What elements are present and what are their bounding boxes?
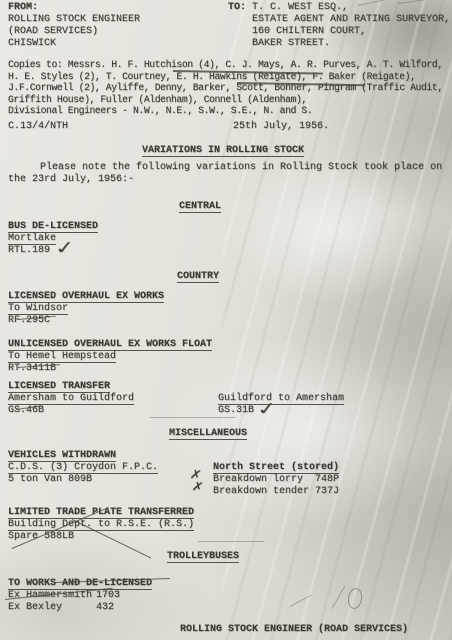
section-heading: UNLICENSED OVERHAUL EX WORKS FLOAT	[8, 339, 212, 351]
to-line-2: ESTATE AGENT AND RATING SURVEYOR,	[228, 14, 450, 26]
heading-country: COUNTRY	[177, 271, 219, 283]
intro-paragraph: Please note the following variations in …	[8, 162, 452, 186]
section-detail: Building Dept. to R.S.E. (R.S.)	[8, 519, 194, 531]
row-value: 432	[96, 602, 114, 613]
table-row: Ex Bexley432	[8, 602, 152, 614]
north-street-entry-2: Breakdown tender 737J	[213, 486, 339, 498]
section-location: Mortlake	[8, 233, 56, 245]
handwritten-tick-icon: ✓	[53, 236, 76, 258]
copies-line-3: J.F.Cornwell (2), Ayliffe, Denny, Barker…	[8, 82, 452, 94]
to-line-4: BAKER STREET.	[228, 38, 450, 50]
handwritten-cross-icon: ✗	[191, 481, 204, 495]
intro-line-1: Please note the following variations in …	[8, 162, 452, 174]
section-entry: RTL.189	[8, 245, 98, 257]
pencil-zero-mark	[346, 587, 363, 610]
handwritten-tick-icon: ✓	[255, 397, 278, 419]
from-block: FROM: ROLLING STOCK ENGINEER (ROAD SERVI…	[8, 2, 140, 50]
section-north-street: North Street (stored) Breakdown lorry 74…	[213, 462, 339, 498]
row-label: Ex Bexley	[8, 602, 96, 614]
heading-trolleybuses: TROLLEYBUSES	[167, 551, 239, 563]
from-label: FROM:	[8, 2, 140, 14]
reference-number: C.13/4/NTH	[8, 121, 68, 133]
pencil-mark	[332, 586, 346, 609]
section-licensed-overhaul: LICENSED OVERHAUL EX WORKS To Windsor RF…	[8, 291, 164, 327]
copies-line-5: Divisional Engineers - N.W., N.E., S.W.,…	[8, 105, 452, 117]
scanned-memo-page: FROM: ROLLING STOCK ENGINEER (ROAD SERVI…	[0, 0, 452, 640]
section-unlicensed-overhaul: UNLICENSED OVERHAUL EX WORKS FLOAT To He…	[8, 339, 212, 375]
copies-block: Copies to: Messrs. H. F. Hutchison (4), …	[8, 59, 452, 117]
document-date: 25th July, 1956.	[233, 121, 329, 133]
section-heading: BUS DE-LICENSED	[8, 221, 98, 233]
from-line-3: CHISWICK	[8, 38, 140, 50]
section-licensed-transfer-outbound: LICENSED TRANSFER Amersham to Guildford …	[8, 381, 134, 417]
copies-line-4: Griffith House), Fuller (Aldenham), Conn…	[8, 94, 452, 106]
document-title: VARIATIONS IN ROLLING STOCK	[142, 145, 304, 157]
to-line-3: 160 CHILTERN COURT,	[228, 26, 450, 38]
section-heading: LICENSED TRANSFER	[8, 381, 110, 393]
pencil-mark	[290, 595, 312, 607]
to-block: TO:T. C. WEST ESQ., ESTATE AGENT AND RAT…	[228, 2, 450, 50]
to-label: TO:	[228, 2, 252, 14]
section-location: To Windsor	[8, 303, 68, 315]
copies-line-1: Copies to: Messrs. H. F. Hutchison (4), …	[8, 59, 452, 71]
north-street-entry-1: Breakdown lorry 748P	[213, 474, 339, 486]
scan-line-artifact	[150, 417, 235, 418]
section-heading: VEHICLES WITHDRAWN	[8, 450, 116, 462]
section-location: To Hemel Hempstead	[8, 351, 116, 363]
to-recipient: T. C. WEST ESQ.,	[252, 2, 348, 13]
section-detail: C.D.S. (3) Croydon F.P.C.	[8, 462, 158, 474]
heading-central: CENTRAL	[179, 201, 221, 213]
section-heading: LICENSED OVERHAUL EX WORKS	[8, 291, 164, 303]
section-heading: North Street (stored)	[213, 462, 339, 474]
footer-signature: ROLLING STOCK ENGINEER (ROAD SERVICES)	[180, 624, 408, 636]
section-entry: 5 ton Van 809B	[8, 474, 158, 486]
row-value: 1703	[96, 590, 120, 601]
scan-line-artifact	[198, 541, 264, 542]
from-line-1: ROLLING STOCK ENGINEER	[8, 14, 140, 26]
intro-line-2: the 23rd July, 1956:-	[8, 174, 452, 186]
transfer-route-out: Amersham to Guildford	[8, 393, 134, 405]
transfer-entry-in: GS.31B	[218, 405, 344, 417]
section-licensed-transfer-inbound: Guildford to Amersham GS.31B	[218, 393, 344, 417]
from-line-2: (ROAD SERVICES)	[8, 26, 140, 38]
transfer-route-in: Guildford to Amersham	[218, 393, 344, 405]
heading-miscellaneous: MISCELLANEOUS	[169, 428, 247, 440]
section-vehicles-withdrawn: VEHICLES WITHDRAWN C.D.S. (3) Croydon F.…	[8, 450, 158, 486]
